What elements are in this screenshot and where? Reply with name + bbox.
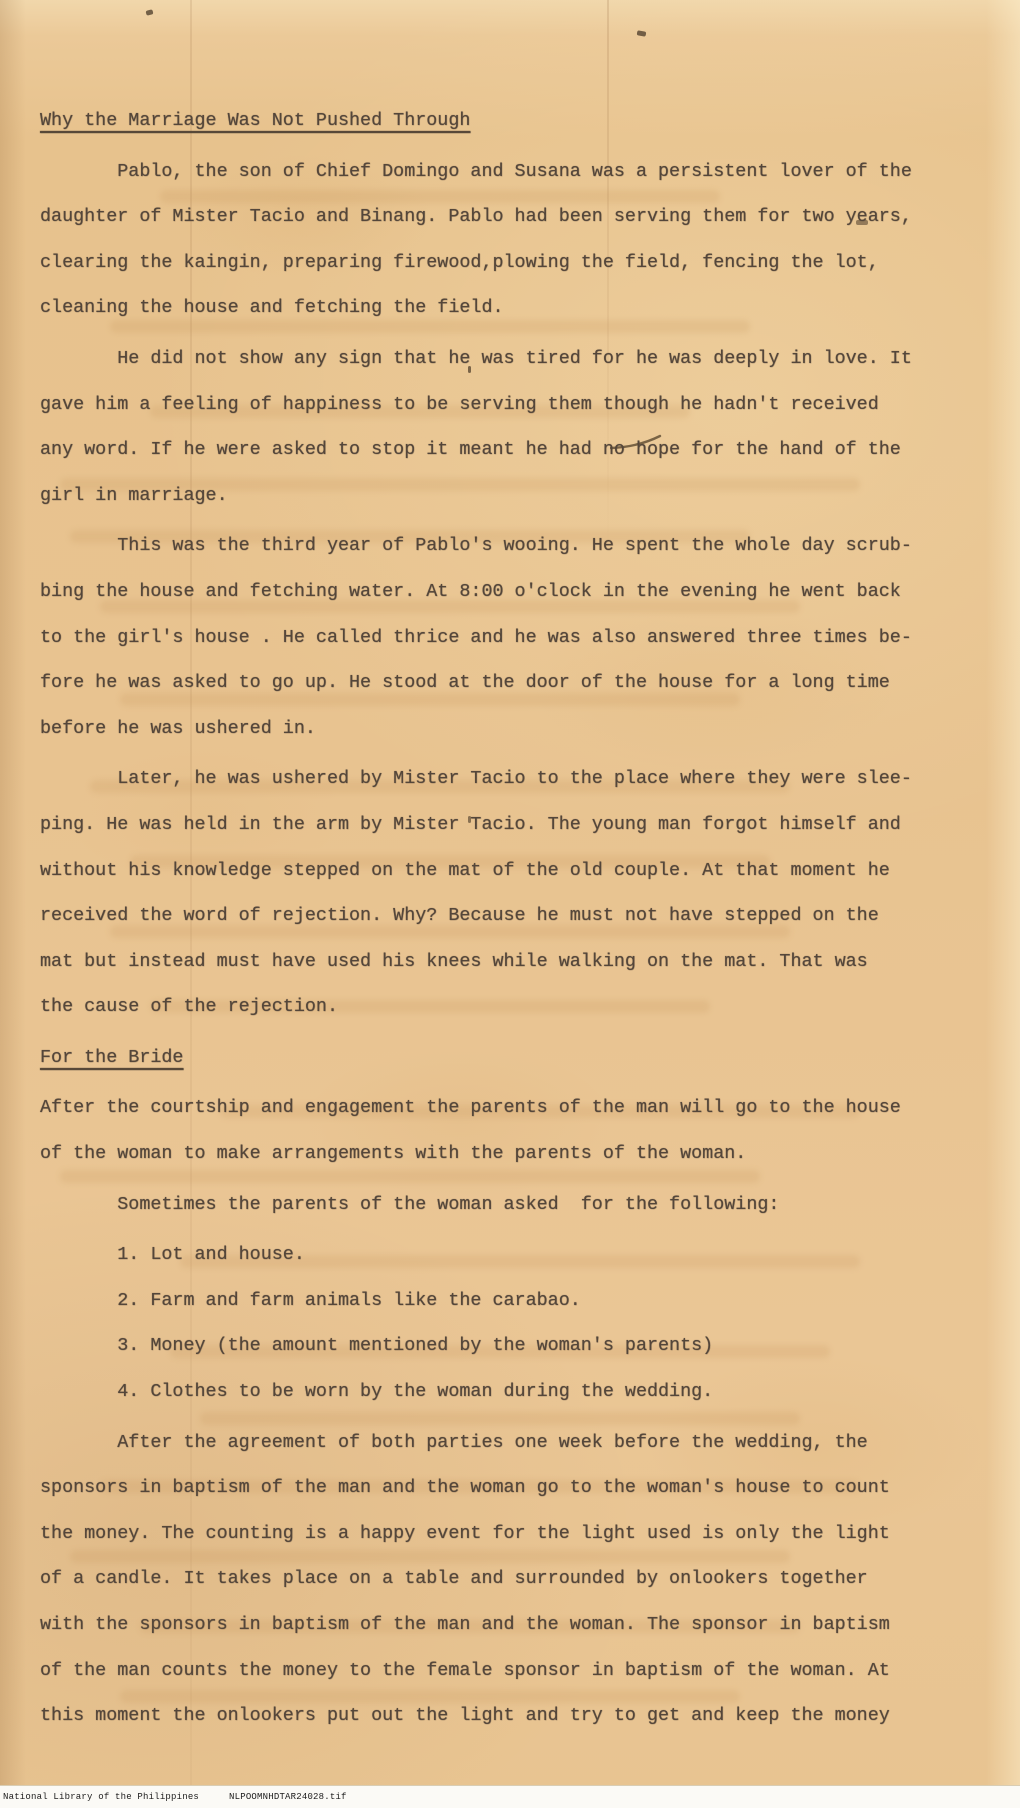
typed-line: 2. Farm and farm animals like the caraba… (40, 1278, 980, 1324)
typed-line: After the courtship and engagement the p… (40, 1085, 980, 1131)
scan-footer-bar: National Library of the Philippines NLPO… (0, 1785, 1020, 1808)
typed-line: mat but instead must have used his knees… (40, 939, 980, 985)
typed-line: clearing the kaingin, preparing firewood… (40, 240, 980, 286)
list-bride-requests: 1. Lot and house. 2. Farm and farm anima… (40, 1232, 980, 1414)
typed-line: of a candle. It takes place on a table a… (40, 1556, 980, 1602)
typed-line: cleaning the house and fetching the fiel… (40, 285, 980, 331)
typed-line: fore he was asked to go up. He stood at … (40, 660, 980, 706)
typed-line: This was the third year of Pablo's wooin… (40, 523, 980, 569)
typed-line: sponsors in baptism of the man and the w… (40, 1465, 980, 1511)
typed-line: gave him a feeling of happiness to be se… (40, 382, 980, 428)
paragraph-sometimes-asked: Sometimes the parents of the woman asked… (40, 1182, 980, 1228)
typed-line: this moment the onlookers put out the li… (40, 1693, 980, 1739)
typed-line: ping. He was held in the arm by Mister T… (40, 802, 980, 848)
section-heading-marriage: Why the Marriage Was Not Pushed Through (40, 98, 980, 144)
typed-line: with the sponsors in baptism of the man … (40, 1602, 980, 1648)
scanned-document-page: Why the Marriage Was Not Pushed Through … (0, 0, 1020, 1808)
typed-line: 1. Lot and house. (40, 1232, 980, 1278)
paragraph-courtship-arrangements: After the courtship and engagement the p… (40, 1085, 980, 1176)
paragraph-no-sign-of-tired: He did not show any sign that he was tir… (40, 336, 980, 518)
typed-line: to the girl's house . He called thrice a… (40, 615, 980, 661)
typed-line: any word. If he were asked to stop it me… (40, 427, 980, 473)
typed-line: of the woman to make arrangements with t… (40, 1131, 980, 1177)
typed-line: 4. Clothes to be worn by the woman durin… (40, 1369, 980, 1415)
footer-filename: NLPOOMNHDTAR24028.tif (229, 1792, 347, 1802)
typed-line: received the word of rejection. Why? Bec… (40, 893, 980, 939)
typed-line: Pablo, the son of Chief Domingo and Susa… (40, 149, 980, 195)
section-heading-bride: For the Bride (40, 1035, 980, 1081)
typed-line: After the agreement of both parties one … (40, 1420, 980, 1466)
typed-line: before he was ushered in. (40, 706, 980, 752)
paragraph-third-year-wooing: This was the third year of Pablo's wooin… (40, 523, 980, 751)
paragraph-rejection: Later, he was ushered by Mister Tacio to… (40, 756, 980, 1030)
typed-line: the cause of the rejection. (40, 984, 980, 1030)
typed-line: Later, he was ushered by Mister Tacio to… (40, 756, 980, 802)
typed-line: He did not show any sign that he was tir… (40, 336, 980, 382)
typed-line: without his knowledge stepped on the mat… (40, 848, 980, 894)
typed-line: girl in marriage. (40, 473, 980, 519)
typed-line: Sometimes the parents of the woman asked… (40, 1182, 980, 1228)
paragraph-money-counting: After the agreement of both parties one … (40, 1420, 980, 1739)
typed-line: bing the house and fetching water. At 8:… (40, 569, 980, 615)
ink-speck (637, 30, 647, 36)
typed-line: the money. The counting is a happy event… (40, 1511, 980, 1557)
heading-text: For the Bride (40, 1035, 183, 1081)
footer-library-name: National Library of the Philippines (3, 1792, 199, 1802)
typed-line: of the man counts the money to the femal… (40, 1648, 980, 1694)
typed-line: 3. Money (the amount mentioned by the wo… (40, 1323, 980, 1369)
typed-line: daughter of Mister Tacio and Binang. Pab… (40, 194, 980, 240)
heading-text: Why the Marriage Was Not Pushed Through (40, 98, 470, 144)
paragraph-pablo-courting: Pablo, the son of Chief Domingo and Susa… (40, 149, 980, 331)
ink-speck (145, 9, 153, 16)
typewritten-text-body: Why the Marriage Was Not Pushed Through … (40, 98, 980, 1739)
